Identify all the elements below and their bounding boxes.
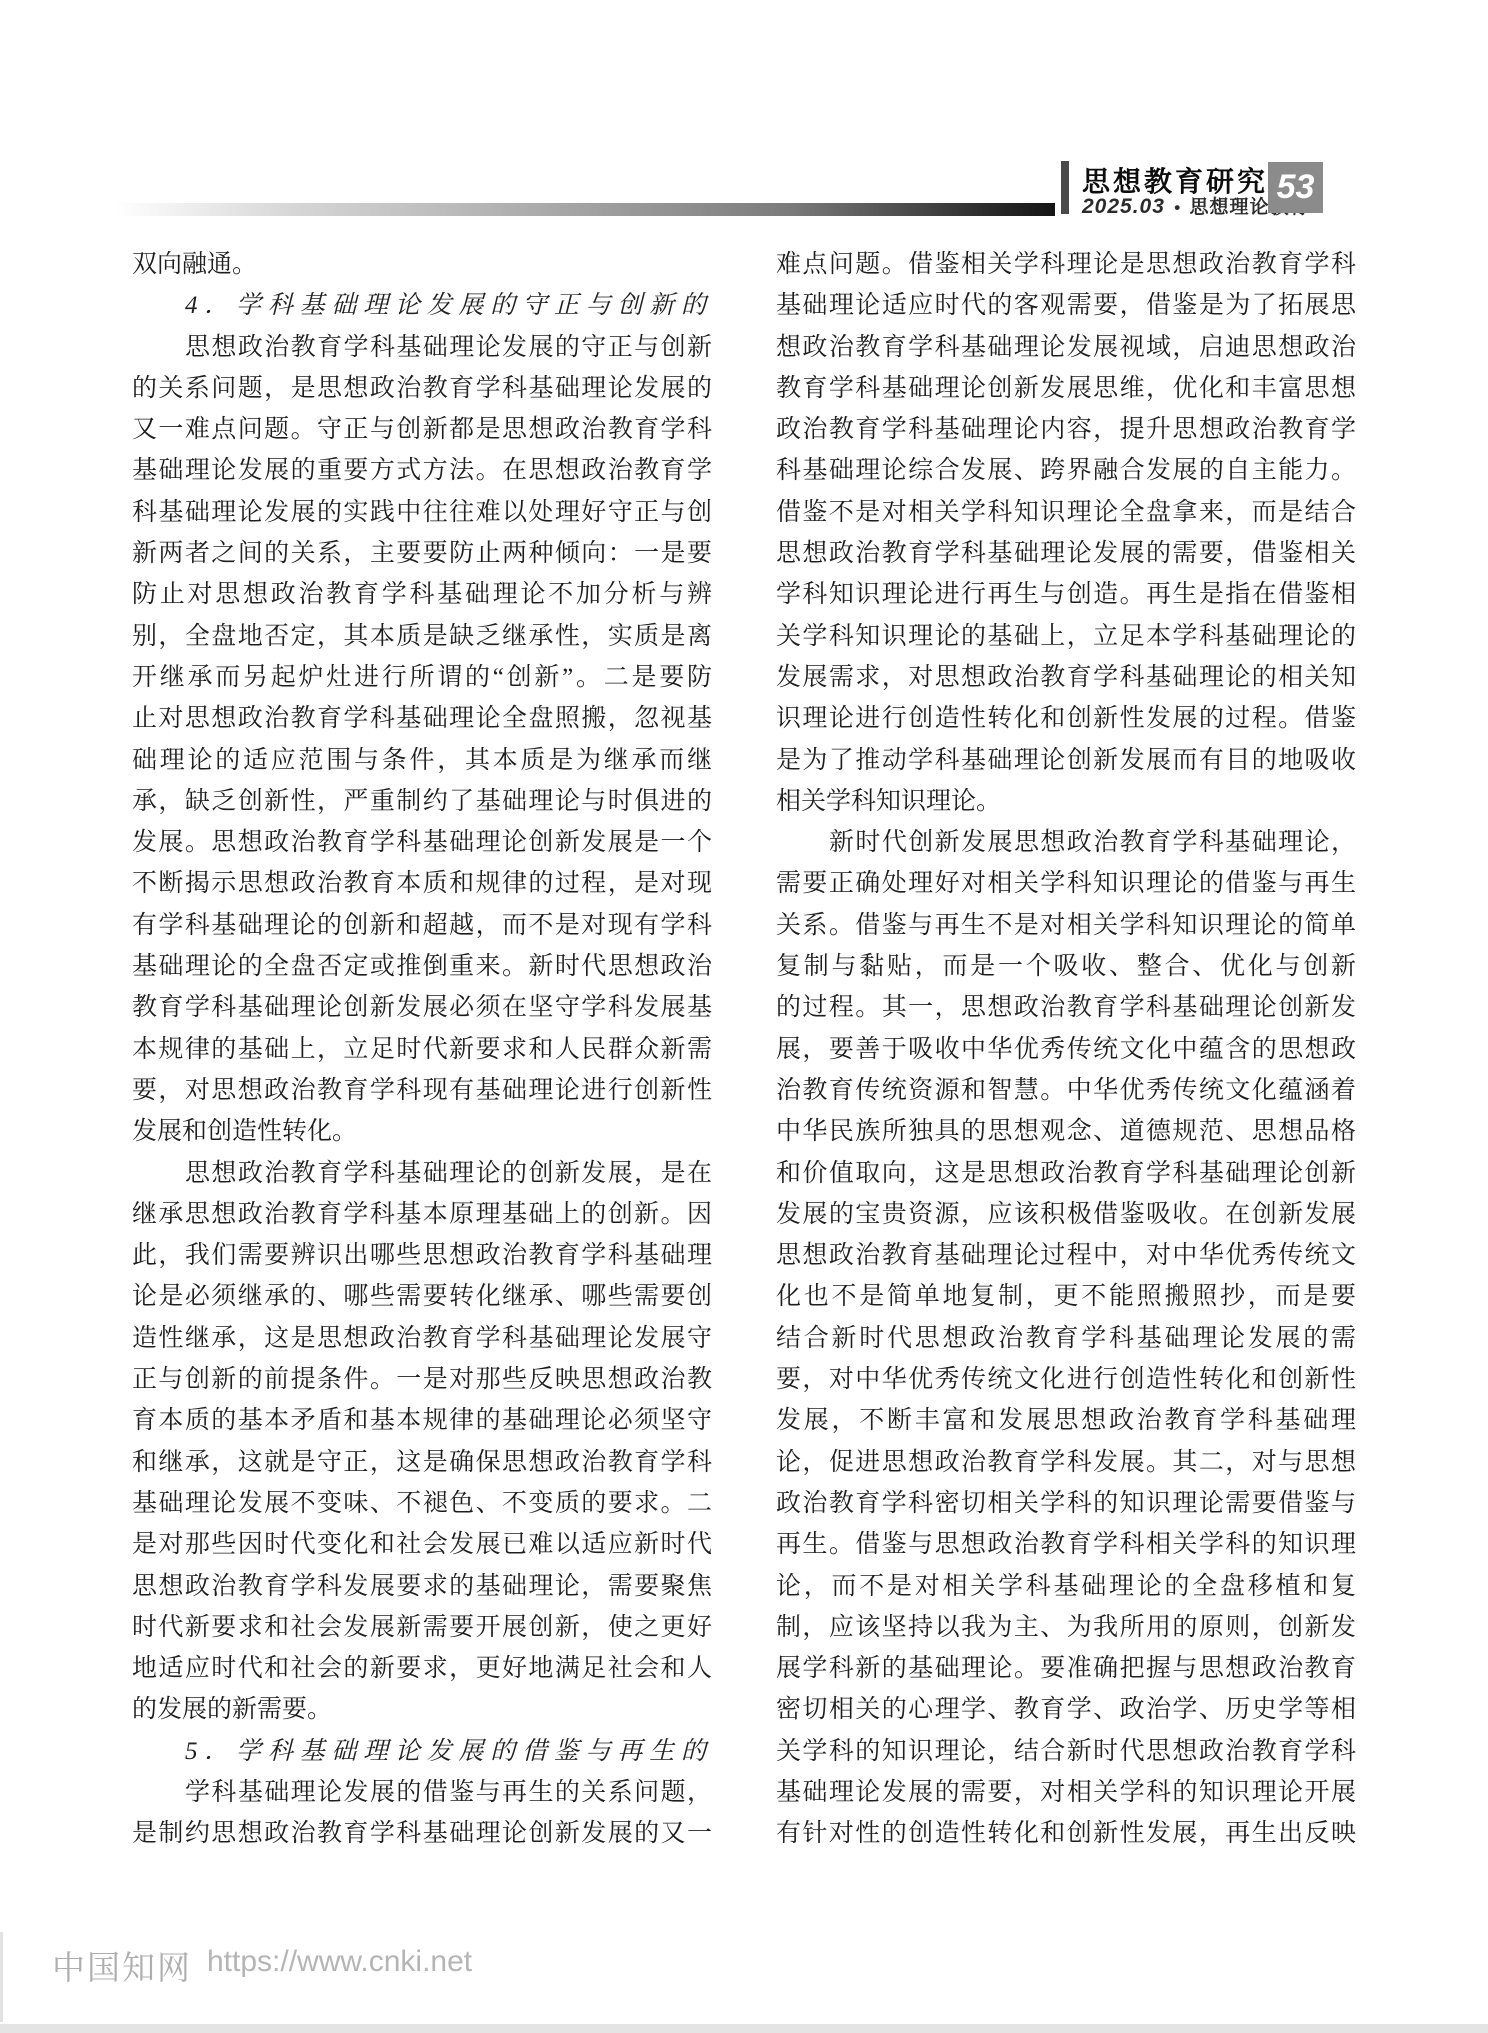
text-line: 防止对思想政治教育学科基础理论不加分析与辨 [132, 574, 712, 615]
text-line: 时代新要求和社会发展新需要开展创新，使之更好 [132, 1607, 712, 1648]
text-line: 识理论进行创造性转化和创新性发展的过程。借鉴 [776, 698, 1356, 739]
text-line: 再生。借鉴与思想政治教育学科相关学科的知识理 [776, 1524, 1356, 1565]
text-line: 是制约思想政治教育学科基础理论创新发展的又一 [132, 1813, 712, 1854]
text-line: 结合新时代思想政治教育学科基础理论发展的需 [776, 1318, 1356, 1359]
text-line: 政治教育学科基础理论内容，提升思想政治教育学 [776, 409, 1356, 450]
text-line: 想政治教育学科基础理论发展视域，启迪思想政治 [776, 327, 1356, 368]
text-line: 育本质的基本矛盾和基本规律的基础理论必须坚守 [132, 1400, 712, 1441]
text-line: 正与创新的前提条件。一是对那些反映思想政治教 [132, 1359, 712, 1400]
text-line: 开继承而另起炉灶进行所谓的“创新”。二是要防 [132, 657, 712, 698]
text-line: 关学科的知识理论，结合新时代思想政治教育学科 [776, 1731, 1356, 1772]
text-line: 基础理论发展的重要方式方法。在思想政治教育学 [132, 450, 712, 491]
text-line: 发展需求，对思想政治教育学科基础理论的相关知 [776, 657, 1356, 698]
issue-date: 2025.03 [1082, 195, 1165, 218]
text-line: 展，要善于吸收中华优秀传统文化中蕴含的思想政 [776, 1029, 1356, 1070]
text-line: 发展，不断丰富和发展思想政治教育学科基础理 [776, 1400, 1356, 1441]
text-line: 需要正确处理好对相关学科知识理论的借鉴与再生 [776, 863, 1356, 904]
journal-page: 思想教育研究 2025.03 • 思想理论教育 53 双向融通。4．学科基础理论… [0, 0, 1488, 2033]
text-line: 化也不是简单地复制，更不能照搬照抄，而是要 [776, 1276, 1356, 1317]
text-line: 思想政治教育基础理论过程中，对中华优秀传统文 [776, 1235, 1356, 1276]
text-line: 继承思想政治教育学科基本原理基础上的创新。因 [132, 1194, 712, 1235]
text-line: 学科基础理论发展的借鉴与再生的关系问题， [132, 1772, 712, 1813]
text-line: 论是必须继承的、哪些需要转化继承、哪些需要创 [132, 1276, 712, 1317]
text-line: 教育学科基础理论创新发展必须在坚守学科发展基 [132, 987, 712, 1028]
text-line: 是对那些因时代变化和社会发展已难以适应新时代 [132, 1524, 712, 1565]
page-number: 53 [1277, 168, 1315, 207]
text-line: 发展的宝贵资源，应该积极借鉴吸收。在创新发展 [776, 1194, 1356, 1235]
text-line: 新时代创新发展思想政治教育学科基础理论， [776, 822, 1356, 863]
text-line: 基础理论发展的需要，对相关学科的知识理论开展 [776, 1772, 1356, 1813]
text-line: 展学科新的基础理论。要准确把握与思想政治教育 [776, 1648, 1356, 1689]
text-line: 要，对思想政治教育学科现有基础理论进行创新性 [132, 1070, 712, 1111]
header-gradient-rule [115, 203, 1055, 216]
text-line: 止对思想政治教育学科基础理论全盘照搬，忽视基 [132, 698, 712, 739]
cnki-watermark-name: 中国知网 [52, 1942, 192, 1989]
text-line: 教育学科基础理论创新发展思维，优化和丰富思想 [776, 368, 1356, 409]
text-line: 和价值取向，这是思想政治教育学科基础理论创新 [776, 1153, 1356, 1194]
text-line: 又一难点问题。守正与创新都是思想政治教育学科 [132, 409, 712, 450]
text-line: 基础理论发展不变味、不褪色、不变质的要求。二 [132, 1483, 712, 1524]
text-line: 的发展的新需要。 [132, 1689, 712, 1730]
text-line: 相关学科知识理论。 [776, 781, 1356, 822]
text-line: 不断揭示思想政治教育本质和规律的过程，是对现 [132, 863, 712, 904]
text-line: 思想政治教育学科发展要求的基础理论，需要聚焦 [132, 1566, 712, 1607]
text-line: 此，我们需要辨识出哪些思想政治教育学科基础理 [132, 1235, 712, 1276]
text-line: 思想政治教育学科基础理论发展的守正与创新 [132, 327, 712, 368]
text-line: 中华民族所独具的思想观念、道德规范、思想品格 [776, 1111, 1356, 1152]
text-line: 借鉴不是对相关学科知识理论全盘拿来，而是结合 [776, 492, 1356, 533]
text-line: 难点问题。借鉴相关学科理论是思想政治教育学科 [776, 244, 1356, 285]
subsection-heading-line: 5．学科基础理论发展的借鉴与再生的关系 [132, 1731, 712, 1772]
text-line: 治教育传统资源和智慧。中华优秀传统文化蕴涵着 [776, 1070, 1356, 1111]
text-line: 的过程。其一，思想政治教育学科基础理论创新发 [776, 987, 1356, 1028]
text-line: 论，促进思想政治教育学科发展。其二，对与思想 [776, 1442, 1356, 1483]
cnki-watermark-url: https://www.cnki.net [207, 1945, 472, 1979]
text-line: 承，缺乏创新性，严重制约了基础理论与时俱进的 [132, 781, 712, 822]
text-line: 发展和创造性转化。 [132, 1111, 712, 1152]
text-line: 关系。借鉴与再生不是对相关学科知识理论的简单 [776, 905, 1356, 946]
left-text-column: 双向融通。4．学科基础理论发展的守正与创新的关系思想政治教育学科基础理论发展的守… [132, 244, 712, 1855]
text-line: 思想政治教育学科基础理论的创新发展，是在 [132, 1153, 712, 1194]
text-line: 关学科知识理论的基础上，立足本学科基础理论的 [776, 616, 1356, 657]
text-line: 别，全盘地否定，其本质是缺乏继承性，实质是离 [132, 616, 712, 657]
text-line: 有学科基础理论的创新和超越，而不是对现有学科 [132, 905, 712, 946]
text-line: 科基础理论发展的实践中往往难以处理好守正与创 [132, 492, 712, 533]
text-line: 基础理论的全盘否定或推倒重来。新时代思想政治 [132, 946, 712, 987]
header-vertical-bar [1061, 161, 1069, 214]
text-line: 是为了推动学科基础理论创新发展而有目的地吸收 [776, 740, 1356, 781]
text-line: 有针对性的创造性转化和创新性发展，再生出反映 [776, 1813, 1356, 1854]
text-line: 思想政治教育学科基础理论发展的需要，借鉴相关 [776, 533, 1356, 574]
text-line: 的关系问题，是思想政治教育学科基础理论发展的 [132, 368, 712, 409]
subsection-heading-line: 4．学科基础理论发展的守正与创新的关系 [132, 285, 712, 326]
page-edge-shadow [0, 1932, 3, 2022]
text-line: 本规律的基础上，立足时代新要求和人民群众新需 [132, 1029, 712, 1070]
text-line: 新两者之间的关系，主要要防止两种倾向：一是要 [132, 533, 712, 574]
right-text-column: 难点问题。借鉴相关学科理论是思想政治教育学科基础理论适应时代的客观需要，借鉴是为… [776, 244, 1356, 1855]
text-line: 制，应该坚持以我为主、为我所用的原则，创新发 [776, 1607, 1356, 1648]
text-line: 要，对中华优秀传统文化进行创造性转化和创新性 [776, 1359, 1356, 1400]
text-line: 学科知识理论进行再生与创造。再生是指在借鉴相 [776, 574, 1356, 615]
text-line: 础理论的适应范围与条件，其本质是为继承而继 [132, 740, 712, 781]
text-line: 双向融通。 [132, 244, 712, 285]
text-line: 论，而不是对相关学科基础理论的全盘移植和复 [776, 1566, 1356, 1607]
text-line: 密切相关的心理学、教育学、政治学、历史学等相 [776, 1689, 1356, 1730]
issue-bullet-separator: • [1170, 198, 1184, 217]
text-line: 和继承，这就是守正，这是确保思想政治教育学科 [132, 1442, 712, 1483]
text-line: 科基础理论综合发展、跨界融合发展的自主能力。 [776, 450, 1356, 491]
watermark-footer: 中国知网 https://www.cnki.net [0, 1940, 744, 1984]
text-line: 基础理论适应时代的客观需要，借鉴是为了拓展思 [776, 285, 1356, 326]
text-line: 政治教育学科密切相关学科的知识理论需要借鉴与 [776, 1483, 1356, 1524]
text-line: 地适应时代和社会的新要求，更好地满足社会和人 [132, 1648, 712, 1689]
text-line: 发展。思想政治教育学科基础理论创新发展是一个 [132, 822, 712, 863]
viewer-bottom-strip [0, 2024, 1488, 2033]
text-line: 造性继承，这是思想政治教育学科基础理论发展守 [132, 1318, 712, 1359]
page-number-box: 53 [1268, 162, 1323, 213]
text-line: 复制与黏贴，而是一个吸收、整合、优化与创新 [776, 946, 1356, 987]
